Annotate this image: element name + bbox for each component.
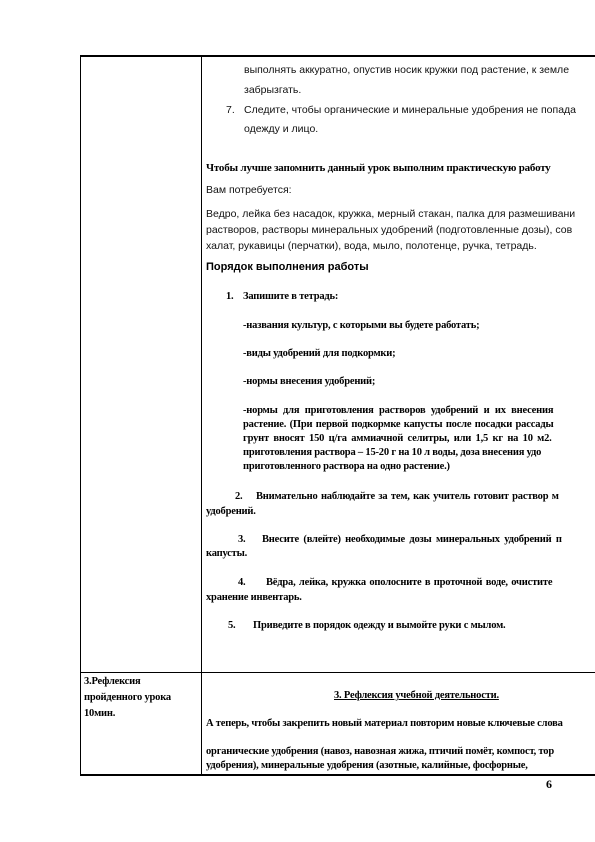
step-number: 3. <box>238 534 245 545</box>
norms-line: -нормы для приготовления растворов удобр… <box>243 405 553 416</box>
table-left-border <box>80 55 81 776</box>
rule-number: 7. <box>226 104 235 116</box>
rule-line: одежду и лицо. <box>244 123 318 135</box>
intro-line: забрызгать. <box>244 84 301 96</box>
keywords-line: удобрения), минеральные удобрения (азотн… <box>206 760 528 771</box>
page-number: 6 <box>546 777 552 792</box>
step-line: капусты. <box>206 548 247 559</box>
stage-label-line: 3.Рефлексия <box>84 676 140 687</box>
table-column-divider <box>201 55 202 776</box>
step-subitem: -виды удобрений для подкормки; <box>243 348 395 359</box>
step-line: Вёдра, лейка, кружка ополосните в проточ… <box>266 577 552 588</box>
step-subitem: -названия культур, с которыми вы будете … <box>243 320 479 331</box>
keywords-line: органические удобрения (навоз, навозная … <box>206 746 554 757</box>
step-number: 5. <box>228 620 235 631</box>
reflection-intro: А теперь, чтобы закрепить новый материал… <box>206 718 563 729</box>
materials-line: растворов, растворы минеральных удобрени… <box>206 224 572 236</box>
norms-line: приготовленного раствора на одно растени… <box>243 461 450 472</box>
need-label: Вам потребуется: <box>206 184 292 196</box>
norms-line: растение. (При первой подкормке капусты … <box>243 419 553 430</box>
reflection-title: 3. Рефлексия учебной деятельности. <box>334 690 499 701</box>
step-line: удобрений. <box>206 506 256 517</box>
step-text: Запишите в тетрадь: <box>243 291 338 302</box>
step-text: Приведите в порядок одежду и вымойте рук… <box>253 620 505 631</box>
rule-line: Следите, чтобы органические и минеральны… <box>244 104 576 116</box>
practical-heading: Чтобы лучше запомнить данный урок выполн… <box>206 162 551 174</box>
step-number: 1. <box>226 291 233 302</box>
materials-line: халат, рукавицы (перчатки), вода, мыло, … <box>206 240 537 252</box>
materials-line: Ведро, лейка без насадок, кружка, мерный… <box>206 208 575 220</box>
table-row-divider <box>80 672 595 673</box>
step-number: 4. <box>238 577 245 588</box>
table-top-border <box>80 55 595 57</box>
norms-line: грунт вносят 150 ц/га аммиачной селитры,… <box>243 433 552 444</box>
step-line: Внимательно наблюдайте за тем, как учите… <box>256 491 559 502</box>
step-line: хранение инвентарь. <box>206 592 302 603</box>
step-number: 2. <box>235 491 242 502</box>
stage-label-line: пройденного урока <box>84 692 171 703</box>
norms-line: приготовления раствора – 15-20 г на 10 л… <box>243 447 541 458</box>
table-bottom-border <box>80 774 595 776</box>
document-page: выполнять аккуратно, опустив носик кружк… <box>0 0 595 842</box>
stage-label-line: 10мин. <box>84 708 115 719</box>
step-subitem: -нормы внесения удобрений; <box>243 376 375 387</box>
procedure-heading: Порядок выполнения работы <box>206 261 369 273</box>
intro-line: выполнять аккуратно, опустив носик кружк… <box>244 64 569 76</box>
step-line: Внесите (влейте) необходимые дозы минера… <box>262 534 562 545</box>
